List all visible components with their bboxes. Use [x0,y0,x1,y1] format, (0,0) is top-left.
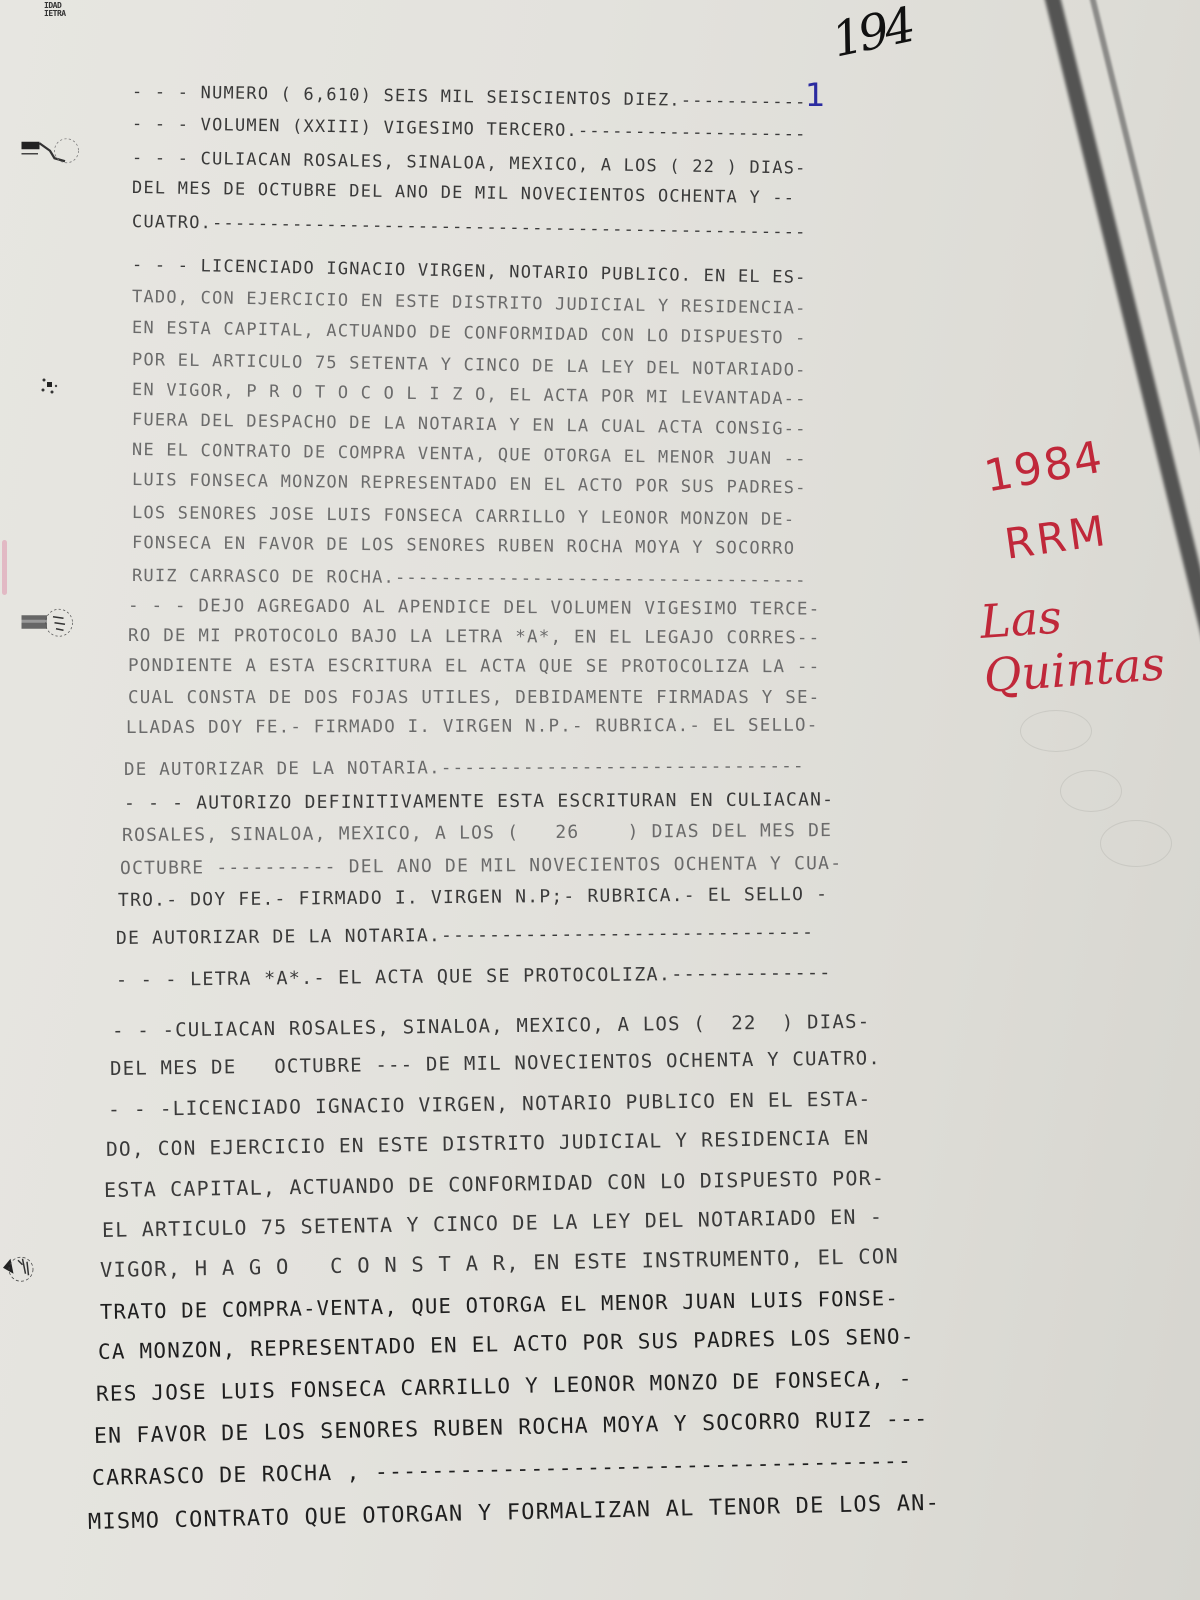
document-line: FONSECA EN FAVOR DE LOS SENORES RUBEN RO… [132,533,795,559]
page-number: 1 [805,76,825,114]
red-annotation-place: Las Quintas [978,580,1200,703]
document-line: EN VIGOR, P R O T O C O L I Z O, EL ACTA… [132,380,807,409]
document-line: DE AUTORIZAR DE LA NOTARIA.-------------… [124,756,805,780]
document-line: PONDIENTE A ESTA ESCRITURA EL ACTA QUE S… [128,656,820,677]
document-line: RO DE MI PROTOCOLO BAJO LA LETRA *A*, EN… [128,626,820,648]
faint-pencil-mark [1060,770,1122,812]
document-line: - - - VOLUMEN (XXIII) VIGESIMO TERCERO.-… [132,114,807,145]
document-line: FUERA DEL DESPACHO DE LA NOTARIA Y EN LA… [132,410,807,439]
margin-pink-mark [2,540,7,595]
faint-pencil-mark [1100,820,1172,867]
document-line: - - - NUMERO ( 6,610) SEIS MIL SEISCIENT… [132,82,807,113]
document-line: - - - DEJO AGREGADO AL APENDICE DEL VOLU… [128,596,821,620]
document-line: CARRASCO DE ROCHA , --------------------… [92,1449,913,1491]
document-line: LUIS FONSECA MONZON REPRESENTADO EN EL A… [132,470,807,498]
document-line: DO, CON EJERCICIO EN ESTE DISTRITO JUDIC… [106,1126,870,1161]
margin-stamp-icon [0,1250,60,1290]
document-line: TADO, CON EJERCICIO EN ESTE DISTRITO JUD… [132,287,807,319]
document-line: DE AUTORIZAR DE LA NOTARIA.-------------… [116,922,814,949]
document-line: DEL MES DE OCTUBRE DEL ANO DE MIL NOVECI… [132,178,795,208]
document-line: - - - AUTORIZO DEFINITIVAMENTE ESTA ESCR… [124,789,834,814]
document-line: RES JOSE LUIS FONSECA CARRILLO Y LEONOR … [96,1366,913,1406]
document-line: - - - CULIACAN ROSALES, SINALOA, MEXICO,… [132,148,807,179]
document-line: EL ARTICULO 75 SETENTA Y CINCO DE LA LEY… [102,1204,884,1242]
document-page: IDAD IETRA 194 1 1984 RRM Las Quintas - … [0,0,1200,1600]
corner-stamp: IDAD IETRA [44,2,66,18]
document-line: EN FAVOR DE LOS SENORES RUBEN ROCHA MOYA… [94,1407,929,1449]
document-line: CA MONZON, REPRESENTADO EN EL ACTO POR S… [98,1324,915,1364]
document-line: CUATRO.---------------------------------… [132,212,807,243]
margin-stamp-icon [20,130,80,170]
document-line: LOS SENORES JOSE LUIS FONSECA CARRILLO Y… [132,503,795,530]
red-annotation-year: 1984 [981,432,1108,503]
folio-number: 194 [827,0,917,69]
faint-pencil-mark [1020,710,1092,752]
document-line: - - -LICENCIADO IGNACIO VIRGEN, NOTARIO … [108,1087,872,1121]
document-line: - - -CULIACAN ROSALES, SINALOA, MEXICO, … [112,1011,871,1042]
document-line: RUIZ CARRASCO DE ROCHA.-----------------… [132,566,807,591]
document-line: VIGOR, H A G O C O N S T A R, EN ESTE IN… [100,1244,899,1282]
document-line: OCTUBRE ---------- DEL ANO DE MIL NOVECI… [120,853,842,879]
margin-dot-mark [38,374,62,398]
document-line: - - - LICENCIADO IGNACIO VIRGEN, NOTARIO… [132,255,807,288]
document-line: LLADAS DOY FE.- FIRMADO I. VIRGEN N.P.- … [126,716,818,738]
document-line: EN ESTA CAPITAL, ACTUANDO DE CONFORMIDAD… [132,318,807,349]
document-line: CUAL CONSTA DE DOS FOJAS UTILES, DEBIDAM… [128,688,820,708]
document-line: TRO.- DOY FE.- FIRMADO I. VIRGEN N.P;- R… [118,884,828,911]
margin-stamp-icon [20,605,80,645]
document-line: TRATO DE COMPRA-VENTA, QUE OTORGA EL MEN… [100,1286,899,1324]
document-line: POR EL ARTICULO 75 SETENTA Y CINCO DE LA… [132,350,807,381]
document-line: ROSALES, SINALOA, MEXICO, A LOS ( 26 ) D… [122,820,832,846]
document-line: NE EL CONTRATO DE COMPRA VENTA, QUE OTOR… [132,440,807,469]
document-line: ESTA CAPITAL, ACTUANDO DE CONFORMIDAD CO… [104,1166,886,1202]
red-annotation-initials: RRM [1002,506,1111,569]
document-line: - - - LETRA *A*.- EL ACTA QUE SE PROTOCO… [116,963,832,991]
document-line: MISMO CONTRATO QUE OTORGAN Y FORMALIZAN … [88,1491,941,1535]
document-line: DEL MES DE OCTUBRE --- DE MIL NOVECIENTO… [110,1047,881,1080]
